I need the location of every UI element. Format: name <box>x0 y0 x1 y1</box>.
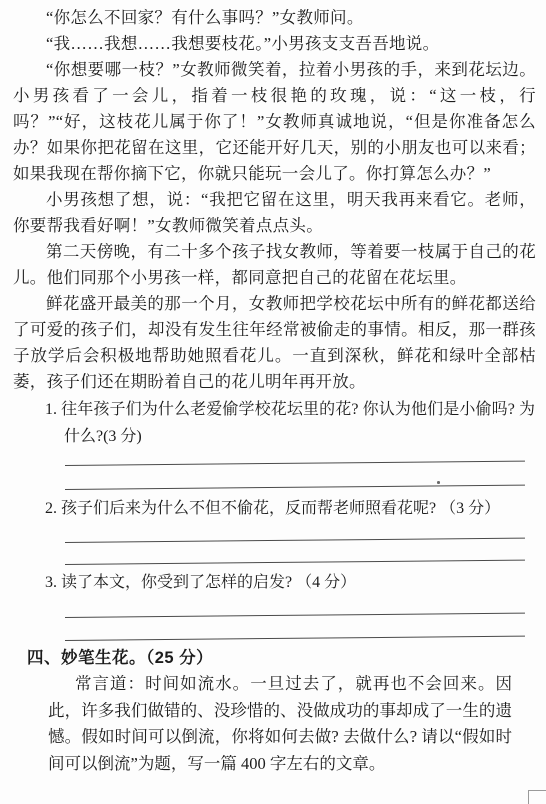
answer-line <box>65 560 525 565</box>
answer-line <box>65 538 525 543</box>
question-1: 1.往年孩子们为什么老爱偷学校花坛里的花? 你认为他们是小偷吗? 为什么?(3 … <box>45 396 535 450</box>
composition-prompt: 常言道：时间如流水。一旦过去了，就再也不会回来。因此，许多我们做错的、没珍惜的、… <box>48 671 512 777</box>
question-3-number: 3. <box>45 574 57 591</box>
question-3-text: 读了本文，你受到了怎样的启发? （4 分） <box>61 574 356 591</box>
question-2-text: 孩子们后来为什么不但不偷花，反而帮老师照看花呢? （3 分） <box>61 500 500 517</box>
passage-paragraph-2: “我……我想……我想要枝花。”小男孩支支吾吾地说。 <box>13 31 536 57</box>
passage-paragraph-5: 第二天傍晚，有二十多个孩子找女教师，等着要一枝属于自己的花儿。他们同那个小男孩一… <box>13 239 536 291</box>
answer-line <box>65 613 525 618</box>
answer-line <box>65 636 525 641</box>
passage-paragraph-6: 鲜花盛开最美的那一个月，女教师把学校花坛中所有的鲜花都送给了可爱的孩子们，却没有… <box>13 291 536 395</box>
scanned-test-page: “你怎么不回家？有什么事吗？”女教师问。 “我……我想……我想要枝花。”小男孩支… <box>0 0 546 804</box>
section-four-heading: 四、妙笔生花。（25 分） <box>27 646 213 670</box>
passage-paragraph-1: “你怎么不回家？有什么事吗？”女教师问。 <box>13 5 536 31</box>
question-1-number: 1. <box>45 401 57 418</box>
question-2: 2.孩子们后来为什么不但不偷花，反而帮老师照看花呢? （3 分） <box>45 495 535 522</box>
question-2-number: 2. <box>45 500 57 517</box>
question-3: 3.读了本文，你受到了怎样的启发? （4 分） <box>45 569 535 596</box>
reading-passage: “你怎么不回家？有什么事吗？”女教师问。 “我……我想……我想要枝花。”小男孩支… <box>13 5 536 395</box>
answer-line <box>65 461 525 466</box>
answer-line <box>65 485 525 490</box>
passage-paragraph-3: “你想要哪一枝？”女教师微笑着，拉着小男孩的手，来到花坛边。小男孩看了一会儿，指… <box>13 57 536 187</box>
writing-grid-corner-mark <box>528 790 546 804</box>
composition-prompt-text: 常言道：时间如流水。一旦过去了，就再也不会回来。因此，许多我们做错的、没珍惜的、… <box>48 671 512 777</box>
ink-speck <box>437 481 440 484</box>
passage-paragraph-4: 小男孩想了想，说：“我把它留在这里，明天我再来看它。老师，你要帮我看好啊！”女教… <box>13 187 536 239</box>
question-1-text: 往年孩子们为什么老爱偷学校花坛里的花? 你认为他们是小偷吗? 为什么?(3 分) <box>61 401 535 445</box>
